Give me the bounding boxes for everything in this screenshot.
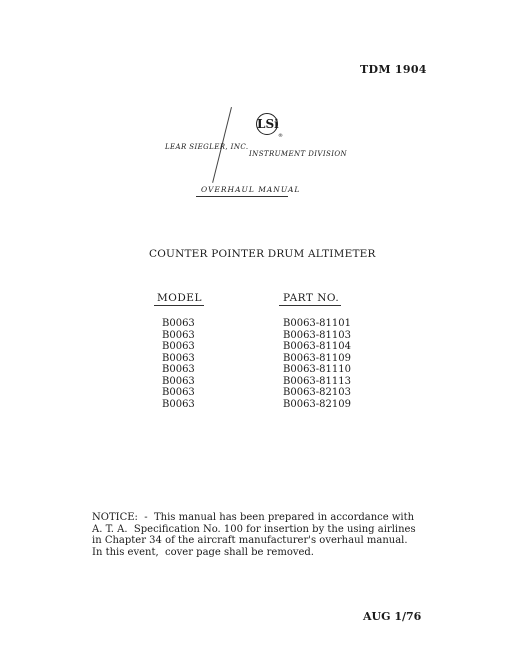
notice-line: A. T. A. Specification No. 100 for inser… [92, 524, 416, 536]
column-header-model: MODEL [157, 292, 202, 304]
table-row-model: B0063 [162, 376, 195, 388]
table-row-part: B0063-81110 [283, 364, 351, 376]
manual-type: OVERHAUL MANUAL [201, 185, 300, 194]
model-column: B0063B0063B0063B0063B0063B0063B0063B0063 [162, 318, 195, 410]
notice-line: In this event, cover page shall be remov… [92, 547, 416, 559]
table-row-model: B0063 [162, 353, 195, 365]
part-underline [279, 305, 341, 306]
table-row-part: B0063-81109 [283, 353, 351, 365]
table-row-model: B0063 [162, 330, 195, 342]
table-row-model: B0063 [162, 387, 195, 399]
revision-date: AUG 1/76 [363, 610, 421, 623]
table-row-part: B0063-81103 [283, 330, 351, 342]
table-row-part: B0063-81101 [283, 318, 351, 330]
document-title: COUNTER POINTER DRUM ALTIMETER [149, 248, 376, 260]
notice-text: NOTICE: - This manual has been prepared … [92, 512, 416, 558]
table-row-model: B0063 [162, 318, 195, 330]
model-underline [154, 305, 204, 306]
table-row-part: B0063-82109 [283, 399, 351, 411]
document-id: TDM 1904 [360, 63, 427, 76]
company-name: LEAR SIEGLER, INC. [165, 143, 248, 151]
table-row-part: B0063-81113 [283, 376, 351, 388]
notice-line: in Chapter 34 of the aircraft manufactur… [92, 535, 416, 547]
table-row-part: B0063-81104 [283, 341, 351, 353]
table-row-model: B0063 [162, 341, 195, 353]
manual-underline [196, 196, 288, 197]
part-column: B0063-81101B0063-81103B0063-81104B0063-8… [283, 318, 351, 410]
division-name: INSTRUMENT DIVISION [249, 150, 347, 158]
notice-line: NOTICE: - This manual has been prepared … [92, 512, 416, 524]
table-row-model: B0063 [162, 399, 195, 411]
lsi-logo-icon: LSi [256, 113, 278, 135]
table-row-part: B0063-82103 [283, 387, 351, 399]
column-header-part-no: PART NO. [283, 292, 339, 304]
table-row-model: B0063 [162, 364, 195, 376]
registered-mark-icon: ® [278, 133, 283, 139]
